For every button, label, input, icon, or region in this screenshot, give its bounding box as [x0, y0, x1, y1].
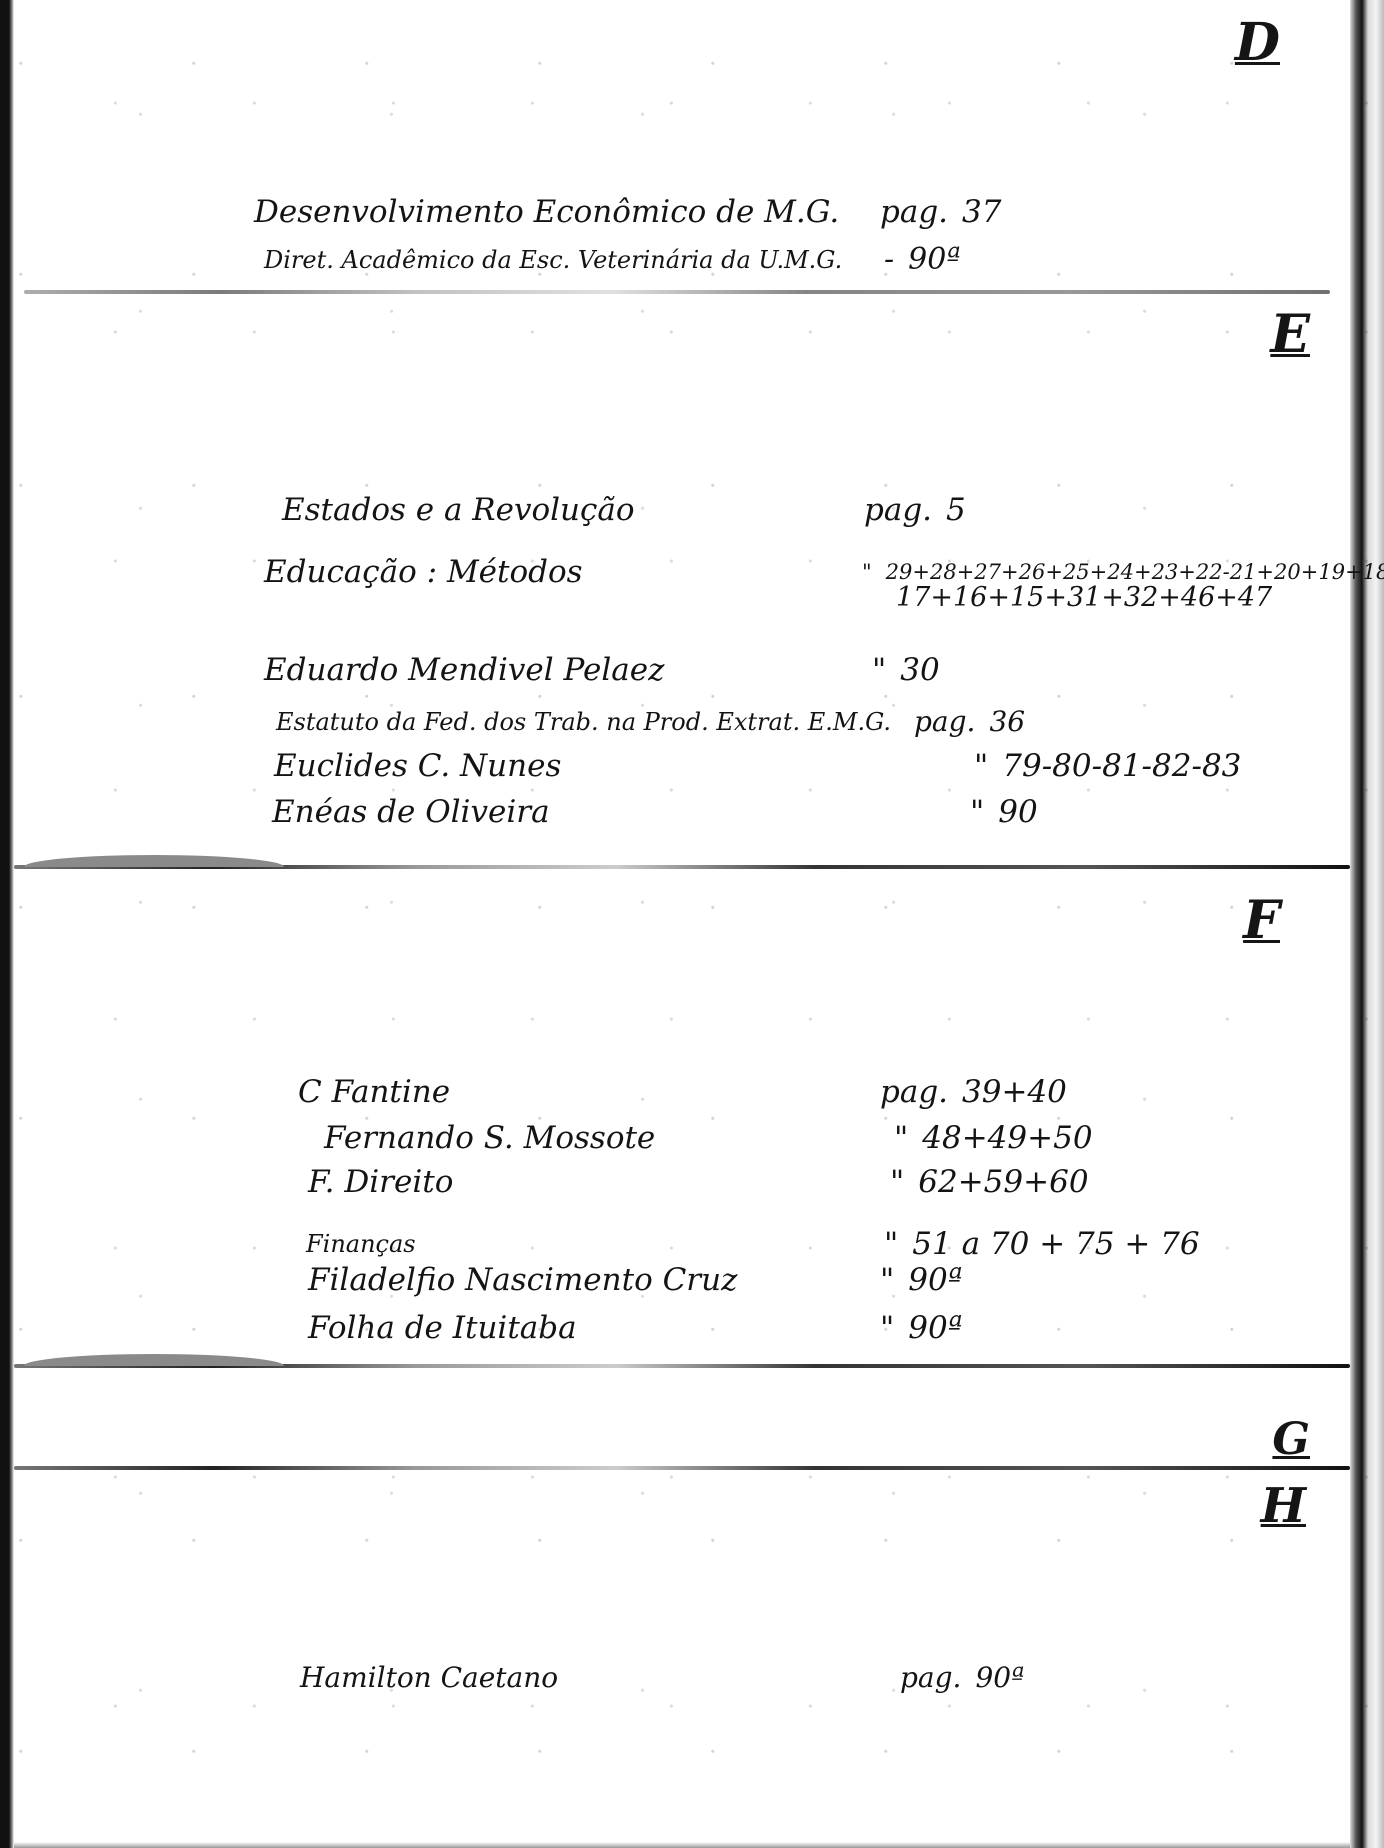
ref-prefix: ": [974, 748, 988, 784]
section-d: D Desenvolvimento Econômico de M.G. pag.…: [14, 0, 1350, 300]
section-letter-d: D: [1235, 12, 1280, 73]
page-numbers: 37: [962, 194, 1001, 230]
scan-right-edge: [1350, 0, 1384, 1848]
ref-prefix: ": [880, 1262, 894, 1298]
entry-name: Diret. Acadêmico da Esc. Veterinária da …: [264, 238, 842, 282]
section-letter-g: G: [1272, 1414, 1310, 1465]
index-entry: Estados e a Revolução pag.5: [14, 488, 1350, 532]
page-numbers: 90ª: [908, 242, 960, 277]
ref-prefix: ": [894, 1120, 908, 1156]
index-entry: Desenvolvimento Econômico de M.G. pag.37: [14, 190, 1350, 234]
entry-name: Folha de Ituitaba: [308, 1306, 577, 1350]
section-g: G: [14, 1370, 1350, 1470]
ref-prefix: ": [890, 1164, 904, 1200]
index-entry: Estatuto da Fed. dos Trab. na Prod. Extr…: [14, 700, 1350, 744]
strip-divider: [24, 290, 1330, 294]
ref-prefix: ": [884, 1226, 898, 1262]
page-numbers: 48+49+50: [922, 1120, 1092, 1156]
index-entry: Diret. Acadêmico da Esc. Veterinária da …: [14, 238, 1350, 282]
index-entry: Fernando S. Mossote "48+49+50: [14, 1116, 1350, 1160]
ref-prefix: ": [862, 560, 872, 584]
page-numbers: 62+59+60: [918, 1164, 1088, 1200]
index-entry: Euclides C. Nunes "79-80-81-82-83: [14, 744, 1350, 788]
ref-prefix: pag.: [880, 194, 948, 230]
page-numbers: 90ª: [975, 1661, 1024, 1694]
entry-name: Estatuto da Fed. dos Trab. na Prod. Extr…: [276, 700, 891, 744]
page-numbers: 5: [946, 492, 966, 528]
entry-name: Estados e a Revolução: [282, 488, 635, 532]
ref-prefix: pag.: [914, 705, 975, 738]
ref-prefix: ": [970, 794, 984, 830]
section-h: H Hamilton Caetano pag.90ª: [14, 1470, 1350, 1848]
section-f: F C Fantine pag.39+40 Fernando S. Mossot…: [14, 870, 1350, 1370]
index-entry: F. Direito "62+59+60: [14, 1160, 1350, 1204]
entry-ref: "90ª: [880, 1306, 962, 1350]
entry-name: C Fantine: [298, 1070, 450, 1114]
page-numbers: 79-80-81-82-83: [1002, 748, 1241, 784]
entry-ref: pag.90ª: [900, 1656, 1024, 1700]
entry-ref: "79-80-81-82-83: [974, 744, 1241, 788]
strip-divider: [14, 865, 1350, 869]
ref-prefix: ": [880, 1310, 894, 1346]
page-numbers: 29+28+27+26+25+24+23+22-21+20+19+18: [886, 560, 1384, 584]
page-numbers: 30: [900, 652, 939, 688]
page-numbers: 90ª: [908, 1310, 962, 1346]
entry-name: Fernando S. Mossote: [324, 1116, 655, 1160]
entry-ref: pag.5: [864, 488, 966, 532]
section-letter-f: F: [1243, 890, 1280, 951]
entry-name: Filadelfio Nascimento Cruz: [308, 1258, 737, 1302]
entry-name: Euclides C. Nunes: [274, 744, 561, 788]
entry-name: Educação : Métodos: [264, 550, 583, 594]
index-entry: Eduardo Mendivel Pelaez "30: [14, 648, 1350, 692]
page-numbers: 90: [998, 794, 1037, 830]
ref-prefix: pag.: [880, 1074, 948, 1110]
section-e: E Estados e a Revolução pag.5 Educação :…: [14, 300, 1350, 870]
entry-ref: pag.39+40: [880, 1070, 1067, 1114]
entry-name: Enéas de Oliveira: [272, 790, 550, 834]
section-letter-e: E: [1270, 304, 1310, 365]
page-numbers-continuation: 17+16+15+31+32+46+47: [896, 582, 1272, 613]
strip-divider: [14, 1364, 1350, 1368]
ref-prefix: -: [884, 242, 894, 277]
page-numbers: 51 a 70 + 75 + 76: [912, 1226, 1199, 1262]
entry-ref: pag.37: [880, 190, 1001, 234]
index-entry: Enéas de Oliveira "90: [14, 790, 1350, 834]
entry-ref: "90: [970, 790, 1038, 834]
entry-name: F. Direito: [308, 1160, 453, 1204]
index-entry: C Fantine pag.39+40: [14, 1070, 1350, 1114]
entry-ref: "48+49+50: [894, 1116, 1093, 1160]
entry-ref: pag.36: [914, 700, 1025, 744]
entry-name: Desenvolvimento Econômico de M.G.: [254, 190, 839, 234]
entry-ref: "30: [872, 648, 940, 692]
page-numbers: 36: [989, 705, 1025, 738]
index-entry: Folha de Ituitaba "90ª: [14, 1306, 1350, 1350]
page-numbers: 90ª: [908, 1262, 962, 1298]
entry-name: Eduardo Mendivel Pelaez: [264, 648, 664, 692]
section-letter-h: H: [1261, 1478, 1306, 1534]
scan-left-edge: [0, 0, 14, 1848]
ref-prefix: ": [872, 652, 886, 688]
entry-ref: "62+59+60: [890, 1160, 1089, 1204]
entry-ref: -90ª: [884, 238, 961, 282]
entry-ref: "90ª: [880, 1258, 962, 1302]
entry-name: Hamilton Caetano: [300, 1656, 558, 1700]
index-entry: Hamilton Caetano pag.90ª: [14, 1656, 1350, 1700]
ref-prefix: pag.: [864, 492, 932, 528]
page-numbers: 39+40: [962, 1074, 1067, 1110]
index-entry: Filadelfio Nascimento Cruz "90ª: [14, 1258, 1350, 1302]
ref-prefix: pag.: [900, 1661, 961, 1694]
